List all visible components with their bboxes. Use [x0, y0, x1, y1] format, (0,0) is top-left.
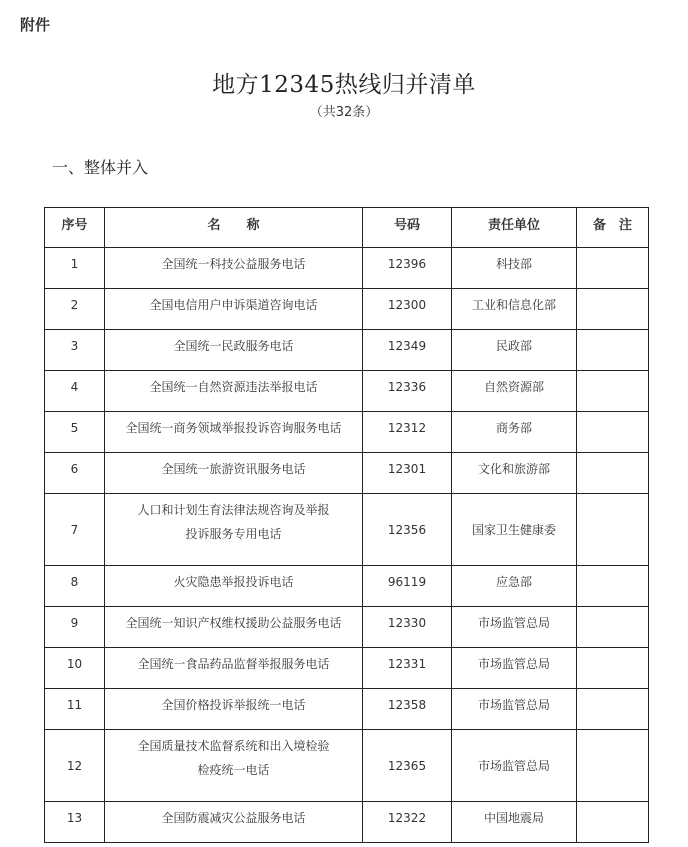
cell-note [577, 566, 649, 607]
cell-unit: 科技部 [452, 248, 577, 289]
cell-note [577, 730, 649, 802]
cell-name: 全国价格投诉举报统一电话 [105, 689, 363, 730]
cell-name: 全国统一自然资源违法举报电话 [105, 371, 363, 412]
cell-no: 11 [45, 689, 105, 730]
cell-number: 12331 [363, 648, 452, 689]
cell-no: 5 [45, 412, 105, 453]
cell-unit: 市场监管总局 [452, 648, 577, 689]
cell-no: 8 [45, 566, 105, 607]
cell-unit: 市场监管总局 [452, 607, 577, 648]
cell-name: 全国电信用户申诉渠道咨询电话 [105, 289, 363, 330]
attachment-label: 附件 [20, 14, 50, 35]
cell-no: 9 [45, 607, 105, 648]
cell-unit: 中国地震局 [452, 802, 577, 843]
cell-note [577, 494, 649, 566]
cell-note [577, 289, 649, 330]
col-header-number: 号码 [363, 208, 452, 248]
cell-unit: 民政部 [452, 330, 577, 371]
cell-no: 13 [45, 802, 105, 843]
hotline-table: 序号 名 称 号码 责任单位 备 注 1全国统一科技公益服务电话12396科技部… [44, 207, 649, 843]
cell-number: 12396 [363, 248, 452, 289]
cell-name: 全国统一食品药品监督举报服务电话 [105, 648, 363, 689]
cell-note [577, 689, 649, 730]
cell-no: 7 [45, 494, 105, 566]
table-header-row: 序号 名 称 号码 责任单位 备 注 [45, 208, 649, 248]
cell-no: 2 [45, 289, 105, 330]
cell-number: 12349 [363, 330, 452, 371]
cell-number: 12322 [363, 802, 452, 843]
cell-unit: 市场监管总局 [452, 689, 577, 730]
cell-unit: 市场监管总局 [452, 730, 577, 802]
cell-number: 12356 [363, 494, 452, 566]
cell-number: 12312 [363, 412, 452, 453]
cell-name: 全国统一旅游资讯服务电话 [105, 453, 363, 494]
cell-name: 全国质量技术监督系统和出入境检验检疫统一电话 [105, 730, 363, 802]
cell-note [577, 330, 649, 371]
cell-number: 12358 [363, 689, 452, 730]
cell-name: 全国统一知识产权维权援助公益服务电话 [105, 607, 363, 648]
col-header-note: 备 注 [577, 208, 649, 248]
cell-note [577, 453, 649, 494]
cell-note [577, 607, 649, 648]
cell-name: 火灾隐患举报投诉电话 [105, 566, 363, 607]
cell-note [577, 412, 649, 453]
cell-note [577, 371, 649, 412]
table-row: 7人口和计划生育法律法规咨询及举报投诉服务专用电话12356国家卫生健康委 [45, 494, 649, 566]
cell-name: 全国统一民政服务电话 [105, 330, 363, 371]
cell-note [577, 648, 649, 689]
cell-no: 6 [45, 453, 105, 494]
table-row: 6全国统一旅游资讯服务电话12301文化和旅游部 [45, 453, 649, 494]
cell-name: 全国防震减灾公益服务电话 [105, 802, 363, 843]
col-header-unit: 责任单位 [452, 208, 577, 248]
cell-unit: 商务部 [452, 412, 577, 453]
cell-name: 全国统一商务领域举报投诉咨询服务电话 [105, 412, 363, 453]
table-row: 9全国统一知识产权维权援助公益服务电话12330市场监管总局 [45, 607, 649, 648]
cell-no: 3 [45, 330, 105, 371]
cell-number: 12330 [363, 607, 452, 648]
col-header-no: 序号 [45, 208, 105, 248]
table-row: 4全国统一自然资源违法举报电话12336自然资源部 [45, 371, 649, 412]
cell-note [577, 802, 649, 843]
document-subtitle: （共32条） [0, 101, 688, 120]
cell-unit: 工业和信息化部 [452, 289, 577, 330]
table-row: 8火灾隐患举报投诉电话96119应急部 [45, 566, 649, 607]
document-title: 地方12345热线归并清单 [0, 66, 688, 99]
table-row: 1全国统一科技公益服务电话12396科技部 [45, 248, 649, 289]
section-title: 一、整体并入 [52, 155, 148, 178]
table-row: 12全国质量技术监督系统和出入境检验检疫统一电话12365市场监管总局 [45, 730, 649, 802]
table-row: 11全国价格投诉举报统一电话12358市场监管总局 [45, 689, 649, 730]
cell-number: 12300 [363, 289, 452, 330]
cell-unit: 国家卫生健康委 [452, 494, 577, 566]
cell-name: 人口和计划生育法律法规咨询及举报投诉服务专用电话 [105, 494, 363, 566]
cell-no: 4 [45, 371, 105, 412]
cell-number: 12365 [363, 730, 452, 802]
table-row: 5全国统一商务领域举报投诉咨询服务电话12312商务部 [45, 412, 649, 453]
cell-name: 全国统一科技公益服务电话 [105, 248, 363, 289]
cell-no: 12 [45, 730, 105, 802]
table-row: 13全国防震减灾公益服务电话12322中国地震局 [45, 802, 649, 843]
cell-unit: 文化和旅游部 [452, 453, 577, 494]
cell-number: 12301 [363, 453, 452, 494]
cell-unit: 自然资源部 [452, 371, 577, 412]
cell-no: 1 [45, 248, 105, 289]
table-row: 2全国电信用户申诉渠道咨询电话12300工业和信息化部 [45, 289, 649, 330]
table-row: 3全国统一民政服务电话12349民政部 [45, 330, 649, 371]
cell-number: 12336 [363, 371, 452, 412]
cell-note [577, 248, 649, 289]
cell-unit: 应急部 [452, 566, 577, 607]
cell-number: 96119 [363, 566, 452, 607]
table-row: 10全国统一食品药品监督举报服务电话12331市场监管总局 [45, 648, 649, 689]
cell-no: 10 [45, 648, 105, 689]
col-header-name: 名 称 [105, 208, 363, 248]
